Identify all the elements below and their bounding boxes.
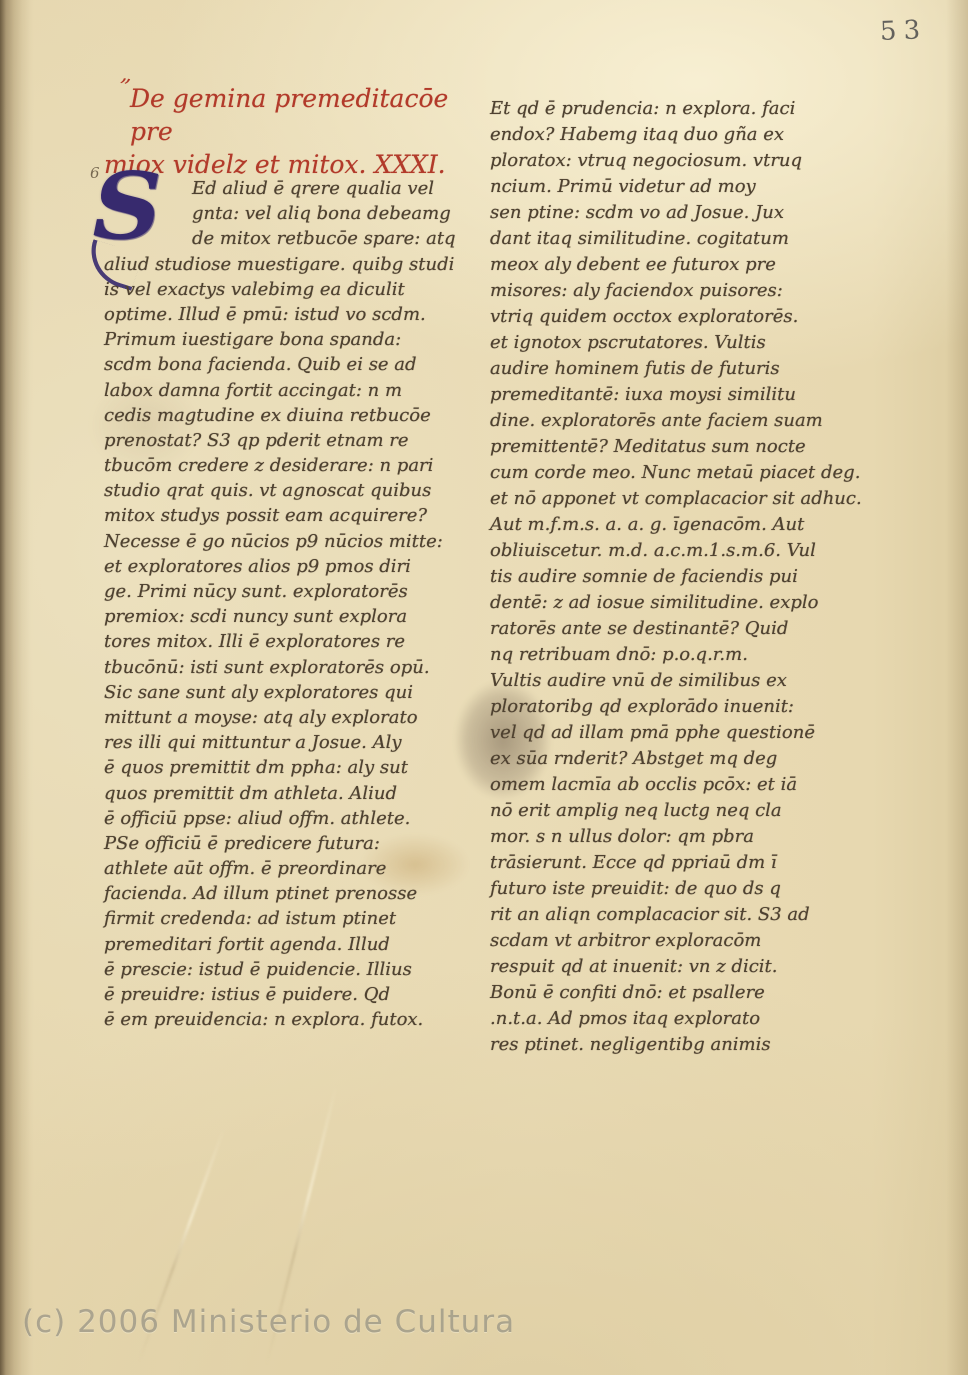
text-line: Vultis audire vnū de similibus ex — [490, 668, 878, 694]
folio-number: 53 — [879, 15, 927, 47]
text-line: ē preuidre: istius ē puidere. Qd — [104, 982, 486, 1007]
text-line: et exploratores alios p9 pmos diri — [104, 554, 486, 579]
text-line: rit an aliqn complacacior sit. S3 ad — [490, 902, 878, 928]
text-line: Ed aliud ē qrere qualia vel — [104, 176, 486, 201]
text-line: ploratoribg qd explorādo inuenit: — [490, 694, 878, 720]
text-line: studio qrat quis. vt agnoscat quibus — [104, 478, 486, 503]
text-line: quos premittit dm athleta. Aliud — [104, 781, 486, 806]
text-line: ploratox: vtruq negociosum. vtruq — [490, 148, 878, 174]
text-line: Et qd ē prudencia: n explora. faci — [490, 96, 878, 122]
text-line: trāsierunt. Ecce qd ppriaū dm ī — [490, 850, 878, 876]
text-line: omem lacmīa ab occlis pcōx: et iā — [490, 772, 878, 798]
manuscript-scan: 53 „ De gemina premeditacōe pre miox vid… — [0, 0, 968, 1375]
text-line: res ptinet. negligentibg animis — [490, 1032, 878, 1058]
text-line: facienda. Ad illum ptinet prenosse — [104, 881, 486, 906]
text-line: et nō apponet vt complacacior sit adhuc. — [490, 486, 878, 512]
text-line: ē officiū ppse: aliud offm. athlete. — [104, 806, 486, 831]
text-line: Aut m.f.m.s. a. a. g. īgenacōm. Aut — [490, 512, 878, 538]
text-line: vel qd ad illam pmā pphe questionē — [490, 720, 878, 746]
text-line: tores mitox. Illi ē exploratores re — [104, 629, 486, 654]
text-line: firmit credenda: ad istum ptinet — [104, 906, 486, 931]
text-line: audire hominem futis de futuris — [490, 356, 878, 382]
binding-gutter-shadow — [0, 0, 30, 1375]
text-line: mittunt a moyse: atq aly explorato — [104, 705, 486, 730]
text-line: ratorēs ante se destinantē? Quid — [490, 616, 878, 642]
text-line: sen ptine: scdm vo ad Josue. Jux — [490, 200, 878, 226]
text-line: ge. Primi nūcy sunt. exploratorēs — [104, 579, 486, 604]
text-line: tis audire somnie de faciendis pui — [490, 564, 878, 590]
text-line: misores: aly faciendox puisores: — [490, 278, 878, 304]
text-line: ncium. Primū videtur ad moy — [490, 174, 878, 200]
text-line: futuro iste preuidit: de quo ds q — [490, 876, 878, 902]
text-line: mor. s n ullus dolor: qm pbra — [490, 824, 878, 850]
text-line: mitox studys possit eam acquirere? — [104, 503, 486, 528]
text-line: vtriq quidem occtox exploratorēs. — [490, 304, 878, 330]
text-line: gnta: vel aliq bona debeamg — [104, 201, 486, 226]
text-line: Sic sane sunt aly exploratores qui — [104, 680, 486, 705]
text-line: labox damna fortit accingat: n m — [104, 378, 486, 403]
text-line: Necesse ē go nūcios p9 nūcios mitte: — [104, 529, 486, 554]
text-line: .n.t.a. Ad pmos itaq explorato — [490, 1006, 878, 1032]
text-line: Bonū ē confiti dnō: et psallere — [490, 980, 878, 1006]
text-line: et ignotox pscrutatores. Vultis — [490, 330, 878, 356]
text-line: premeditari fortit agenda. Illud — [104, 932, 486, 957]
text-line: is vel exactys valebimg ea diculit — [104, 277, 486, 302]
text-line: de mitox retbucōe spare: atq — [104, 226, 486, 251]
rubric-line: De gemina premeditacōe pre — [104, 82, 484, 148]
left-text-column: Ed aliud ē qrere qualia velgnta: vel ali… — [104, 176, 486, 1032]
text-line: athlete aūt offm. ē preordinare — [104, 856, 486, 881]
text-line: dant itaq similitudine. cogitatum — [490, 226, 878, 252]
text-line: cum corde meo. Nunc metaū piacet deg. — [490, 460, 878, 486]
text-line: optime. Illud ē pmū: istud vo scdm. — [104, 302, 486, 327]
text-line: Primum iuestigare bona spanda: — [104, 327, 486, 352]
text-line: dentē: z ad iosue similitudine. explo — [490, 590, 878, 616]
text-line: PSe officiū ē predicere futura: — [104, 831, 486, 856]
text-line: dine. exploratorēs ante faciem suam — [490, 408, 878, 434]
text-line: premittentē? Meditatus sum nocte — [490, 434, 878, 460]
text-line: ē quos premittit dm ppha: aly sut — [104, 755, 486, 780]
text-line: aliud studiose muestigare. quibg studi — [104, 252, 486, 277]
text-line: premeditantē: iuxa moysi similitu — [490, 382, 878, 408]
page-right-edge-shade — [946, 0, 968, 1375]
text-line: ē em preuidencia: n explora. futox. — [104, 1007, 486, 1032]
text-line: res illi qui mittuntur a Josue. Aly — [104, 730, 486, 755]
copyright-watermark: (c) 2006 Ministerio de Cultura — [22, 1304, 515, 1340]
text-line: nq retribuam dnō: p.o.q.r.m. — [490, 642, 878, 668]
text-line: tbucōm credere z desiderare: n pari — [104, 453, 486, 478]
text-line: respuit qd at inuenit: vn z dicit. — [490, 954, 878, 980]
text-line: endox? Habemg itaq duo gña ex — [490, 122, 878, 148]
text-line: nō erit amplig neq luctg neq cla — [490, 798, 878, 824]
text-line: premiox: scdi nuncy sunt explora — [104, 604, 486, 629]
text-line: scdm bona facienda. Quib ei se ad — [104, 352, 486, 377]
text-line: meox aly debent ee futurox pre — [490, 252, 878, 278]
text-line: ex sūa rnderit? Abstget mq deg — [490, 746, 878, 772]
text-line: scdam vt arbitror exploracōm — [490, 928, 878, 954]
text-line: tbucōnū: isti sunt exploratorēs opū. — [104, 655, 486, 680]
text-line: cedis magtudine ex diuina retbucōe — [104, 403, 486, 428]
text-line: obliuiscetur. m.d. a.c.m.1.s.m.6. Vul — [490, 538, 878, 564]
right-text-column: Et qd ē prudencia: n explora. faciendox?… — [490, 96, 878, 1058]
text-line: prenostat? S3 qp pderit etnam re — [104, 428, 486, 453]
text-line: ē prescie: istud ē puidencie. Illius — [104, 957, 486, 982]
